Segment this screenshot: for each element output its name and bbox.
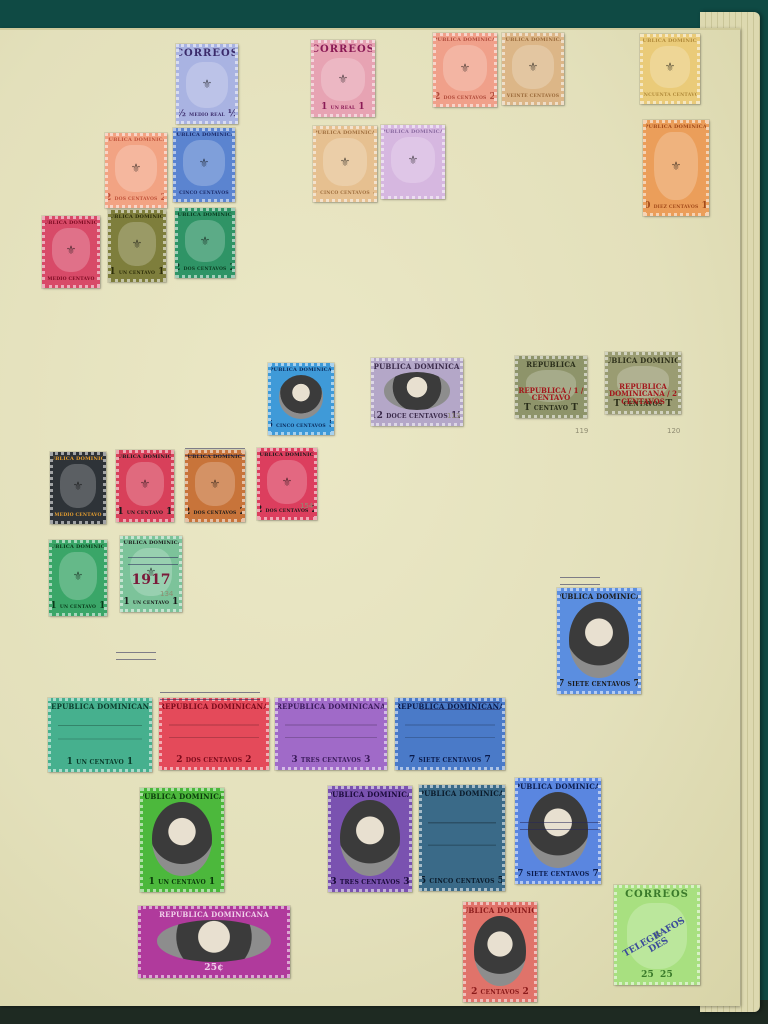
- coat-of-arms-icon: ⚜: [52, 228, 90, 271]
- stamp: REPUBLICA DOMINICANATCENTAVOSTREPUBLICA …: [605, 352, 681, 414]
- portrait-vignette: [279, 375, 324, 418]
- value-text: CINCUENTA CENTAVOS: [640, 93, 700, 98]
- stamp-top-text: REPUBLICA DOMINICANA: [48, 703, 152, 710]
- overprint: 1917: [123, 573, 179, 588]
- value-numeral: 5: [498, 876, 504, 886]
- stamp-top-text: REPUBLICA DOMINICANA: [371, 363, 463, 370]
- stamp: REPUBLICA DOMINICANA1UN CENTAVO1: [140, 788, 224, 892]
- coat-of-arms-icon: ⚜: [185, 220, 225, 261]
- value-numeral: 7: [592, 869, 598, 879]
- value-numeral: 1: [67, 757, 73, 767]
- value-numeral: T: [571, 403, 578, 413]
- value-text: VEINTE CENTAVOS: [507, 94, 559, 99]
- stamp: REPUBLICA DOMINICANA⚜½MEDIO CENTAVO½: [42, 216, 100, 288]
- stamp-top-text: REPUBLICA DOMINICANA: [433, 38, 497, 43]
- coat-of-arms-icon: ⚜: [59, 552, 97, 599]
- value-numeral: 2: [245, 755, 251, 765]
- stamp-denomination: [410, 185, 416, 194]
- portrait-vignette: [384, 372, 450, 409]
- stamp: REPUBLICA DOMINICANA⚜1UN CENTAVO11917: [120, 536, 182, 612]
- stamp-top-text: REPUBLICA DOMINICANA: [108, 215, 166, 220]
- stamp-top-text: REPUBLICA DOMINICANA: [116, 455, 174, 460]
- stamp-top-text: REPUBLICA DOMINICANA: [42, 221, 100, 226]
- value-numeral: 2: [257, 505, 263, 515]
- value-text: MEDIO CENTAVO: [54, 513, 101, 518]
- portrait-vignette: [528, 792, 589, 867]
- value-text: UN CENTAVO: [127, 511, 163, 516]
- coat-of-arms-icon: ⚜: [60, 464, 97, 507]
- value-text: CINCO CENTAVOS: [429, 878, 494, 885]
- value-text: SIETE CENTAVOS: [568, 681, 631, 688]
- value-numeral: ½: [42, 273, 44, 283]
- stamp-top-text: REPUBLICA DOMINICANA: [159, 703, 269, 710]
- stamp: 1905 REPUBLICA DOMINICANA 19045CINCO CEN…: [268, 363, 334, 435]
- coat-of-arms-icon: ⚜: [512, 45, 554, 88]
- coat-of-arms-icon: ⚜: [654, 132, 699, 199]
- stamp-denomination: 2CENTAVOS2: [468, 988, 532, 997]
- stamp: REPUBLICA DOMINICANA⚜20VEINTE CENTAVOS20: [502, 33, 564, 105]
- stamp: REPUBLICA DOMINICANA7SIETE CENTAVOS7: [395, 698, 505, 770]
- stamp: REPUBLICA DOMINICANA⚜2DOS CENTAVOS2: [175, 208, 235, 278]
- stamp-top-text: REPUBLICA DOMINICANA: [105, 138, 167, 143]
- value-numeral: 5: [173, 187, 176, 197]
- value-numeral: 1: [321, 102, 327, 112]
- stamp-top-text: CORREOS: [625, 890, 689, 901]
- value-numeral: ½: [98, 273, 100, 283]
- value-text: UN CENTAVO: [119, 271, 155, 276]
- value-numeral: 5: [420, 876, 426, 886]
- stamp-top-text: REPUBLICA DOMINICANA: [640, 39, 700, 44]
- value-numeral: 3: [403, 877, 409, 887]
- stamp: REPUBLICA DOMINICANA3TRES CENTAVOS3: [328, 786, 412, 892]
- value-text: DOS CENTAVOS: [184, 267, 227, 272]
- value-numeral: 7: [558, 679, 564, 689]
- building-vignette: [428, 799, 496, 874]
- stamp-denomination: 2DOS CENTAVOS2: [175, 264, 235, 273]
- value-numeral: 5: [232, 187, 235, 197]
- stamp: REPUBLICA DOMINICANA⚜: [381, 125, 445, 199]
- stamp-top-text: REPUBLICA DOMINICANA: [185, 455, 245, 460]
- coat-of-arms-icon: ⚜: [443, 45, 486, 90]
- value-numeral: 1: [123, 597, 129, 607]
- stamp-top-text: REPUBLICA DOMINICANA: [276, 703, 386, 710]
- value-text: UN CENTAVO: [76, 759, 124, 766]
- value-numeral: 25: [641, 970, 654, 980]
- value-numeral: ½: [228, 109, 238, 119]
- value-text: CENTAVO: [534, 405, 568, 412]
- pencil-catalog-number: 154: [300, 502, 313, 510]
- stamp-denomination: 7SIETE CENTAVOS7: [557, 680, 641, 689]
- coat-of-arms-icon: ⚜: [126, 462, 164, 505]
- stamp-top-text: REPUBLICA DOMINICANA: [463, 907, 537, 914]
- stamp-denomination: 50CINCUENTA CENTAVOS50: [640, 90, 700, 99]
- value-numeral: 5: [373, 187, 377, 197]
- stamp-denomination: 1UN CENTAVO1: [108, 268, 166, 277]
- coat-of-arms-icon: ⚜: [115, 145, 157, 191]
- stamp: CORREOS⚜2525TELEGRAFOS DES: [614, 885, 700, 985]
- value-text: DIEZ CENTAVOS: [654, 205, 699, 210]
- pencil-catalog-number: 120: [667, 427, 680, 435]
- stamp: CORREOS⚜½MEDIO REAL½: [176, 44, 238, 124]
- value-numeral: 3: [330, 877, 336, 887]
- value-text: DOS CENTAVOS: [444, 96, 487, 101]
- stamp: REPUBLICATCENTAVOTREPUBLICA / 1 / CENTAV…: [515, 356, 587, 418]
- value-numeral: 1: [158, 267, 164, 277]
- stamp: REPUBLICA DOMINICANA1UN CENTAVO1: [48, 698, 152, 772]
- stamp-top-text: REPUBLICA DOMINICANA: [502, 38, 564, 43]
- stamp: REPUBLICA DOMINICANA⚜½MEDIO CENTAVO½: [50, 452, 106, 524]
- pencil-catalog-number: 113: [447, 412, 460, 420]
- stamp-top-text: REPUBLICA DOMINICANA: [50, 457, 106, 462]
- stamp-denomination: TCENTAVOT: [521, 404, 581, 413]
- value-numeral: 1: [166, 507, 172, 517]
- value-text: DOS CENTAVOS: [194, 511, 237, 516]
- coat-of-arms-icon: ⚜: [183, 140, 225, 185]
- stamp-top-text: REPUBLICA DOMINICANA: [175, 213, 235, 218]
- value-numeral: 1: [149, 877, 155, 887]
- value-text: TRES CENTAVOS: [340, 879, 400, 886]
- value-numeral: 2: [434, 92, 440, 102]
- value-text: CINCO CENTAVOS: [179, 191, 229, 196]
- stamp-top-text: 1905 REPUBLICA DOMINICANA 1904: [268, 368, 334, 373]
- value-numeral: 7: [517, 869, 523, 879]
- stamp-top-text: REPUBLICA DOMINICANA: [313, 131, 377, 136]
- value-text: SIETE CENTAVOS: [527, 871, 590, 878]
- value-numeral: 2: [176, 755, 182, 765]
- value-numeral: 2: [522, 987, 528, 997]
- coat-of-arms-icon: ⚜: [323, 138, 366, 185]
- coat-of-arms-icon: ⚜: [267, 460, 307, 503]
- value-numeral: 2: [230, 263, 235, 273]
- value-numeral: 3: [291, 755, 297, 765]
- stamp-top-text: REPUBLICA DOMINICANA: [159, 911, 269, 918]
- value-text: MEDIO CENTAVO: [47, 277, 94, 282]
- value-numeral: 1: [99, 601, 105, 611]
- stamp: REPUBLICA DOMINICANA⚜2DOS CENTAVOS2: [433, 33, 497, 107]
- value-numeral: 3: [364, 755, 370, 765]
- stamp-top-text: REPUBLICA DOMINICANA: [140, 793, 224, 800]
- stamp-denomination: 7SIETE CENTAVOS7: [515, 870, 601, 879]
- stamp-denomination: 5CINCO CENTAVOS5: [419, 877, 505, 886]
- stamp-top-text: REPUBLICA DOMINICANA: [395, 703, 505, 710]
- stamp-top-text: REPUBLICA DOMINICANA: [173, 133, 235, 138]
- stamp: REPUBLICA DOMINICANA7SIETE CENTAVOS7: [557, 588, 641, 694]
- stamp-denomination: 25¢: [201, 964, 226, 973]
- stamp-denomination: ½MEDIO CENTAVO½: [50, 510, 106, 519]
- value-numeral: 1: [127, 757, 133, 767]
- value-numeral: 7: [484, 755, 490, 765]
- stamp: REPUBLICA DOMINICANA⚜2DOS CENTAVOS2: [185, 450, 245, 522]
- overprint: REPUBLICA DOMINICANA / 2 CENTAVOS: [608, 383, 678, 405]
- value-numeral: 2: [175, 263, 181, 273]
- stamp-denomination: 20VEINTE CENTAVOS20: [502, 91, 564, 100]
- stamp-denomination: 10DIEZ CENTAVOS10: [643, 202, 709, 211]
- stamp-top-text: REPUBLICA DOMINICANA: [328, 791, 412, 798]
- stamp: REPUBLICA DOMINICANA2DOS CENTAVOS2: [159, 698, 269, 770]
- value-numeral: 7: [409, 755, 415, 765]
- stamp: REPUBLICA DOMINICANA⚜50CINCUENTA CENTAVO…: [640, 34, 700, 104]
- stamp-top-text: REPUBLICA DOMINICANA: [120, 541, 182, 546]
- portrait-vignette: [569, 602, 628, 677]
- stamp-denomination: ½MEDIO REAL½: [176, 110, 238, 119]
- portrait-vignette: [152, 802, 211, 875]
- value-numeral: 1: [172, 597, 178, 607]
- value-numeral: 5: [268, 420, 273, 430]
- stamp-top-text: REPUBLICA DOMINICANA: [381, 130, 445, 135]
- postmark-cancel: [560, 577, 600, 585]
- value-numeral: 1: [109, 267, 115, 277]
- value-numeral: 10: [701, 201, 709, 211]
- value-text: CENTAVOS: [481, 989, 520, 996]
- value-text: TRES CENTAVOS: [301, 757, 361, 764]
- value-numeral: ½: [50, 509, 51, 519]
- stamp-top-text: CORREOS: [311, 45, 375, 56]
- stamp: REPUBLICA DOMINICANA7SIETE CENTAVOS7: [515, 778, 601, 884]
- value-numeral: ½: [105, 509, 106, 519]
- stamp-denomination: 7SIETE CENTAVOS7: [406, 756, 494, 765]
- stamp-denomination: 5CINCO CENTAVOS5: [313, 188, 377, 197]
- value-numeral: T: [524, 403, 531, 413]
- stamp-denomination: 1UN CENTAVO1: [146, 878, 219, 887]
- stamp-top-text: REPUBLICA DOMINICANA: [643, 125, 709, 130]
- value-numeral: ½: [177, 109, 187, 119]
- stamp: REPUBLICA DOMINICANA2CENTAVOS2: [463, 902, 537, 1002]
- building-vignette: [405, 712, 495, 753]
- coat-of-arms-icon: ⚜: [118, 222, 156, 265]
- value-numeral: 2: [471, 987, 477, 997]
- stamp: REPUBLICA DOMINICANA⚜5CINCO CENTAVOS5: [313, 126, 377, 202]
- stamp-denomination: 2DOS CENTAVOS2: [105, 194, 167, 203]
- stamp-denomination: 5CINCO CENTAVOS5: [173, 188, 235, 197]
- coat-of-arms-icon: ⚜: [195, 462, 235, 505]
- value-text: DOS CENTAVOS: [186, 757, 243, 764]
- stamp-denomination: 2525: [638, 971, 676, 980]
- stamp-denomination: 1UN CENTAVO1: [116, 508, 174, 517]
- value-text: DOCE CENTAVOS: [386, 413, 448, 420]
- stamp-top-text: CORREOS: [176, 49, 238, 60]
- value-numeral: 1: [358, 102, 364, 112]
- value-numeral: 2: [105, 193, 111, 203]
- portrait-vignette: [157, 920, 271, 961]
- stamp: REPUBLICA DOMINICANA⚜5CINCO CENTAVOS5: [173, 128, 235, 202]
- portrait-vignette: [474, 916, 525, 985]
- stamp: REPUBLICA DOMINICANA⚜2DOS CENTAVOS2: [105, 133, 167, 208]
- value-numeral: 12: [371, 411, 383, 421]
- stamp-denomination: 1UN CENTAVO1: [49, 602, 107, 611]
- stamp-top-text: REPUBLICA DOMINICANA: [605, 357, 681, 364]
- stamp-top-text: REPUBLICA DOMINICANA: [557, 593, 641, 600]
- stamp-denomination: ½MEDIO CENTAVO½: [42, 274, 100, 283]
- building-vignette: [285, 712, 377, 753]
- stamp: REPUBLICA DOMINICANA25¢: [138, 906, 290, 978]
- value-numeral: 20: [562, 90, 564, 100]
- stamp-denomination: 5CINCO CENTAVOS5: [268, 421, 334, 430]
- value-numeral: 2: [490, 92, 496, 102]
- stamp-top-text: REPUBLICA DOMINICANA: [515, 783, 601, 790]
- coat-of-arms-icon: ⚜: [321, 58, 364, 101]
- value-numeral: 20: [502, 90, 504, 100]
- stamp-top-text: REPUBLICA DOMINICANA: [49, 545, 107, 550]
- value-numeral: 10: [643, 201, 651, 211]
- stamp-denomination: 2DOS CENTAVOS2: [173, 756, 255, 765]
- pencil-catalog-number: 134: [160, 590, 173, 598]
- portrait-vignette: [340, 800, 399, 875]
- value-numeral: 7: [633, 679, 639, 689]
- value-text: CINCO CENTAVOS: [276, 424, 326, 429]
- coat-of-arms-icon: ⚜: [186, 62, 228, 108]
- value-numeral: 2: [240, 507, 245, 517]
- stamp: REPUBLICA DOMINICANA5CINCO CENTAVOS5: [419, 785, 505, 891]
- value-numeral: 25: [660, 970, 673, 980]
- building-vignette: [58, 712, 143, 755]
- stamp-top-text: REPUBLICA DOMINICANA: [419, 790, 505, 797]
- value-numeral: 1: [50, 601, 56, 611]
- stamp-denomination: 3TRES CENTAVOS3: [328, 878, 412, 887]
- value-numeral: 1: [209, 877, 215, 887]
- stamp: REPUBLICA DOMINICANA3TRES CENTAVOS3: [275, 698, 387, 770]
- stamp-denomination: 3TRES CENTAVOS3: [288, 756, 373, 765]
- pencil-catalog-number: 119: [575, 427, 588, 435]
- stamp-denomination: 1UN CENTAVO1: [64, 758, 137, 767]
- stamp-top-text: REPUBLICA DOMINICANA: [257, 453, 317, 458]
- coat-of-arms-icon: ⚜: [391, 137, 434, 182]
- stamp: REPUBLICA DOMINICANA⚜1UN CENTAVO1: [108, 210, 166, 282]
- value-text: SIETE CENTAVOS: [419, 757, 482, 764]
- value-text: UN CENTAVO: [60, 605, 96, 610]
- stamp: REPUBLICA DOMINICANA⚜1UN CENTAVO1: [116, 450, 174, 522]
- overprint: REPUBLICA / 1 / CENTAVO: [518, 387, 584, 402]
- coat-of-arms-icon: ⚜: [650, 46, 690, 87]
- value-text: UN REAL: [331, 106, 356, 111]
- stamp-denomination: 1UN REAL1: [318, 103, 368, 112]
- value-text: CINCO CENTAVOS: [320, 191, 370, 196]
- value-numeral: 5: [313, 187, 317, 197]
- value-numeral: 2: [185, 507, 191, 517]
- value-text: DOS CENTAVOS: [115, 197, 158, 202]
- building-vignette: [169, 712, 259, 753]
- stamp: CORREOS⚜1UN REAL1: [311, 40, 375, 117]
- value-text: UN CENTAVO: [158, 879, 206, 886]
- value-numeral: 1: [117, 507, 123, 517]
- stamp-denomination: 2DOS CENTAVOS2: [185, 508, 245, 517]
- value-text: UN CENTAVO: [133, 601, 169, 606]
- value-numeral: 2: [161, 193, 167, 203]
- stamp-top-text: REPUBLICA: [526, 361, 575, 368]
- stamp: REPUBLICA DOMINICANA⚜10DIEZ CENTAVOS10: [643, 120, 709, 216]
- stamp-denomination: 2DOS CENTAVOS2: [433, 93, 497, 102]
- album-page: CORREOS⚜½MEDIO REAL½CORREOS⚜1UN REAL1REP…: [0, 28, 740, 1006]
- value-text: MEDIO REAL: [189, 113, 225, 118]
- postmark-cancel: [116, 652, 156, 660]
- stamp: REPUBLICA DOMINICANA⚜1UN CENTAVO1: [49, 540, 107, 616]
- value-numeral: 5: [329, 420, 334, 430]
- value-numeral: 25¢: [204, 963, 223, 973]
- stamp-denomination: 1UN CENTAVO1: [120, 598, 181, 607]
